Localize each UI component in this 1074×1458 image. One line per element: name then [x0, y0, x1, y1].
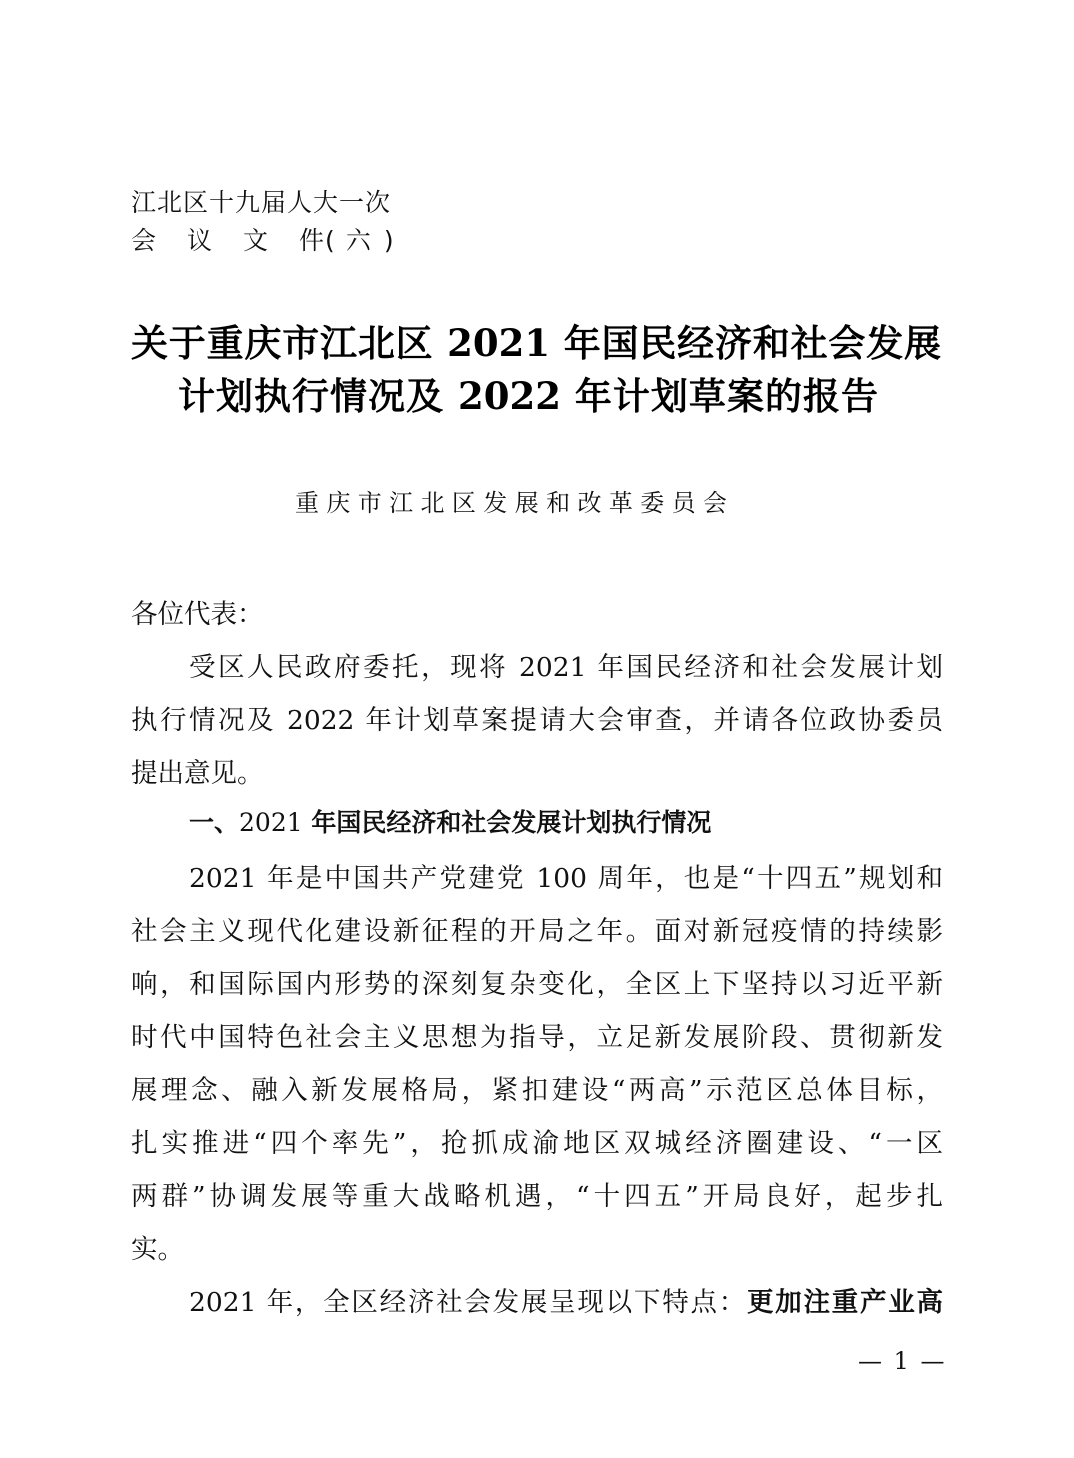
paragraph-line: 响，和国际国内形势的深刻复杂变化，全区上下坚持以习近平新 — [131, 962, 943, 1001]
paragraph-line: 扎实推进“四个率先”，抢抓成渝地区双城经济圈建设、“一区 — [131, 1121, 943, 1160]
section-heading-prefix: 一、 — [189, 808, 239, 837]
salutation: 各位代表： — [131, 592, 943, 631]
document-number-label: 会议文件(六) — [131, 221, 395, 257]
section-heading-text: 年国民经济和社会发展计划执行情况 — [303, 808, 712, 837]
paragraph-line: 展理念、融入新发展格局，紧扣建设“两高”示范区总体目标， — [131, 1068, 943, 1107]
paragraph-line: 执行情况及 2022 年计划草案提请大会审查，并请各位政协委员 — [131, 698, 943, 737]
paragraph-line: 提出意见。 — [131, 751, 943, 790]
meeting-label: 江北区十九届人大一次 — [131, 183, 391, 219]
doc-label-char: 议 — [187, 221, 213, 257]
doc-label-char: 会 — [131, 221, 157, 257]
page-number: — 1 — — [858, 1347, 947, 1375]
paragraph-line: 2021 年，全区经济社会发展呈现以下特点：更加注重产业高 — [189, 1280, 943, 1319]
paragraph-emphasis: 更加注重产业高 — [747, 1287, 943, 1318]
paragraph-line: 社会主义现代化建设新征程的开局之年。面对新冠疫情的持续影 — [131, 909, 943, 948]
doc-label-char: 文 — [243, 221, 269, 257]
paragraph-line: 2021 年是中国共产党建党 100 周年，也是“十四五”规划和 — [189, 856, 943, 895]
doc-label-char: 六 — [346, 221, 372, 257]
paragraph-line: 时代中国特色社会主义思想为指导，立足新发展阶段、贯彻新发 — [131, 1015, 943, 1054]
document-title-line-2: 计划执行情况及 2022 年计划草案的报告 — [178, 366, 878, 420]
paragraph-line: 受区人民政府委托，现将 2021 年国民经济和社会发展计划 — [189, 645, 943, 684]
paragraph-line: 两群”协调发展等重大战略机遇，“十四五”开局良好，起步扎 — [131, 1174, 943, 1213]
issuing-authority: 重庆市江北区发展和改革委员会 — [295, 483, 727, 518]
doc-label-char: 件( — [299, 221, 336, 257]
doc-label-char: ) — [384, 226, 395, 255]
paragraph-line: 实。 — [131, 1227, 943, 1266]
section-heading-year: 2021 — [239, 808, 303, 837]
paragraph-text: 2021 年，全区经济社会发展呈现以下特点： — [189, 1287, 747, 1318]
document-title-line-1: 关于重庆市江北区 2021 年国民经济和社会发展 — [131, 313, 941, 367]
section-heading: 一、2021 年国民经济和社会发展计划执行情况 — [189, 803, 943, 839]
